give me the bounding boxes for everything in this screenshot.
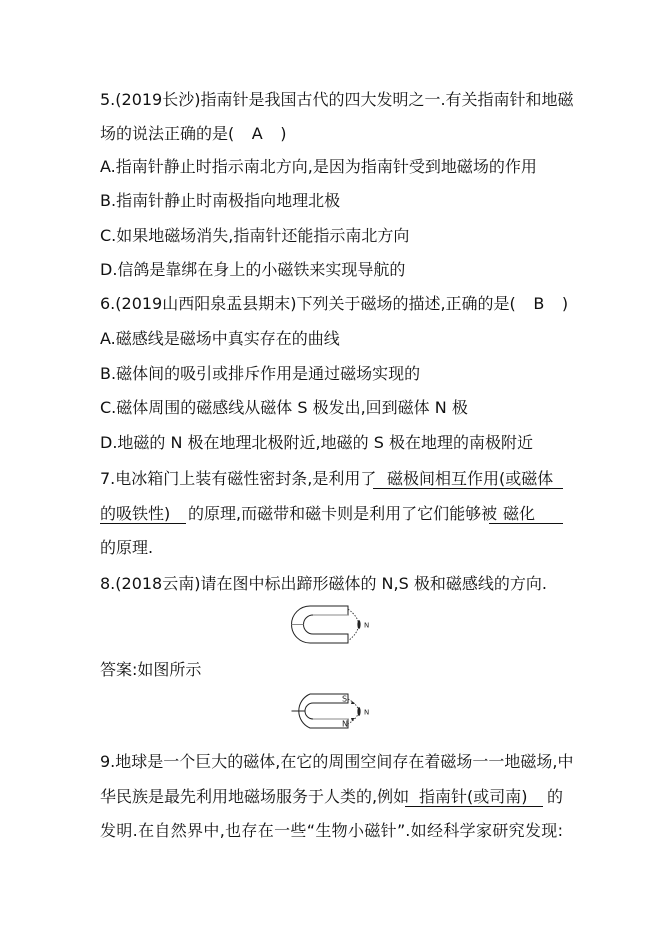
q6-option-d: D.地磁的 N 极在地理北极附近,地磁的 S 极在地理的南极附近 xyxy=(100,433,533,453)
q7-line2-text: 的原理,而磁带和磁卡则是利用了它们能够被 xyxy=(188,504,497,524)
q5-option-c: C.如果地磁场消失,指南针还能指示南北方向 xyxy=(100,226,409,246)
q5-option-b: B.指南针静止时南极指向地理北极 xyxy=(100,191,340,211)
q5-stem-prefix: 场的说法正确的是( xyxy=(100,124,234,143)
q6-stem: 6.(2019山西阳泉盂县期末)下列关于磁场的描述,正确的是(B) xyxy=(100,294,568,314)
horseshoe-magnet-labeled-icon: S N N xyxy=(285,688,385,738)
q6-close-paren: ) xyxy=(562,294,568,313)
q8-stem: 8.(2018云南)请在图中标出蹄形磁体的 N,S 极和磁感线的方向. xyxy=(100,574,547,594)
q5-stem-line2: 场的说法正确的是(A) xyxy=(100,124,287,144)
q5-option-a: A.指南针静止时指示南北方向,是因为指南针受到地磁场的作用 xyxy=(100,157,537,177)
horseshoe-magnet-icon: N xyxy=(285,600,385,650)
q9-blank-answer: 指南针(或司南) xyxy=(405,787,543,807)
q8-horseshoe-magnet-figure: N xyxy=(285,600,385,650)
q5-answer: A xyxy=(234,124,280,144)
q6-answer: B xyxy=(516,294,562,314)
q6-stem-prefix: 6.(2019山西阳泉盂县期末)下列关于磁场的描述,正确的是( xyxy=(100,294,516,313)
q5-stem-line1: 5.(2019长沙)指南针是我国古代的四大发明之一.有关指南针和地磁 xyxy=(100,90,563,110)
q8-needle-label: N xyxy=(364,622,369,630)
q6-option-a: A.磁感线是磁场中真实存在的曲线 xyxy=(100,329,340,349)
q9-line3: 发明.在自然界中,也存在一些“生物小磁针”.如经科学家研究发现: xyxy=(100,821,563,841)
q8-answer-label: 答案:如图所示 xyxy=(100,660,201,680)
q5-option-d: D.信鸽是靠绑在身上的小磁铁来实现导航的 xyxy=(100,260,405,280)
q9-line2-text: 华民族是最先利用地磁场服务于人类的,例如 xyxy=(100,787,409,807)
q7-line3-text: 的原理. xyxy=(100,538,153,558)
q7-blank2-answer: 磁化 xyxy=(489,504,563,524)
q9-line1: 9.地球是一个巨大的磁体,在它的周围空间存在着磁场一一地磁场,中 xyxy=(100,752,563,772)
q9-line2-end: 的 xyxy=(547,787,563,807)
q6-option-b: B.磁体间的吸引或排斥作用是通过磁场实现的 xyxy=(100,364,420,384)
q8-answer-needle-label: N xyxy=(364,709,369,717)
q8-answer-magnet-figure: S N N xyxy=(285,688,385,738)
q5-close-paren: ) xyxy=(280,124,286,143)
q7-line1-text: 7.电冰箱门上装有磁性密封条,是利用了 xyxy=(100,469,376,489)
q6-option-c: C.磁体周围的磁感线从磁体 S 极发出,回到磁体 N 极 xyxy=(100,398,468,418)
q8-answer-s-pole: S xyxy=(342,695,347,704)
q8-answer-n-pole: N xyxy=(342,720,348,729)
q7-blank1-answer-part2: 的吸铁性) xyxy=(100,504,186,524)
q7-blank1-answer-part1: 磁极间相互作用(或磁体 xyxy=(373,469,563,489)
